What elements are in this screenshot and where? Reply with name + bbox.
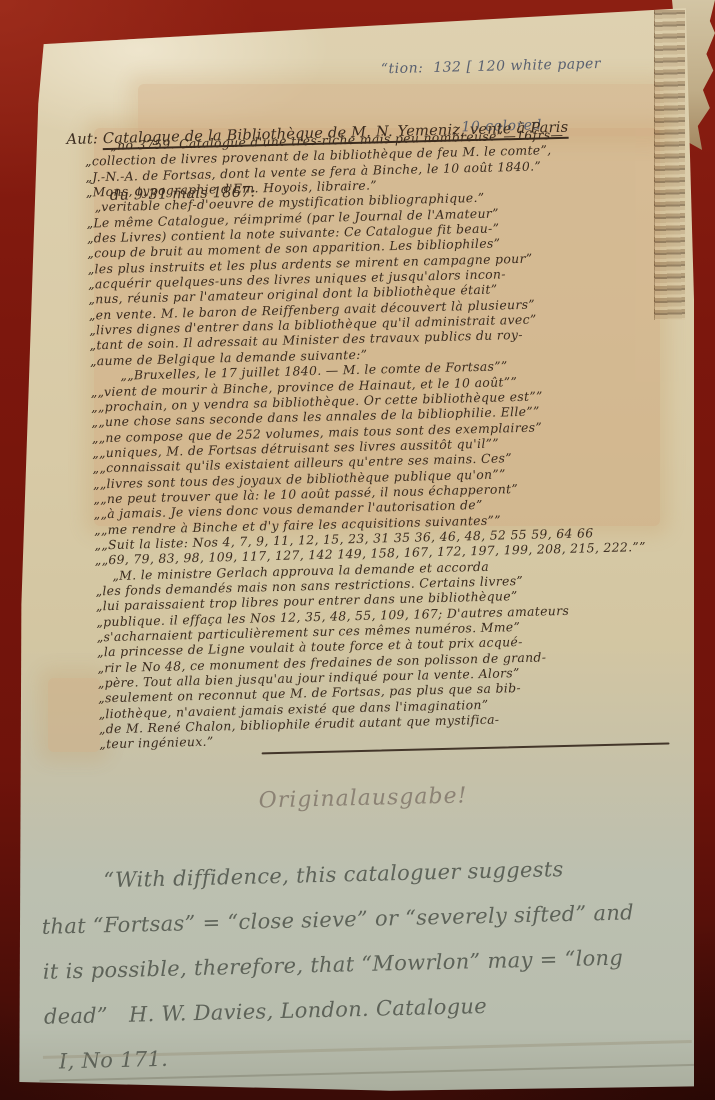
annotation-line-1: “tion: 132 [ 120 white paper [381,54,602,79]
manuscript-photo: “tion: 132 [ 120 white paper 10 colored … [0,0,715,1100]
page-content: “tion: 132 [ 120 white paper 10 colored … [7,0,709,1100]
french-note-block: „no 3759. Catalogue d'une très-riche mai… [85,124,678,752]
pencil-exclamation: Originalausgabe! [258,783,467,813]
manuscript-page: “tion: 132 [ 120 white paper 10 colored … [18,6,694,1094]
